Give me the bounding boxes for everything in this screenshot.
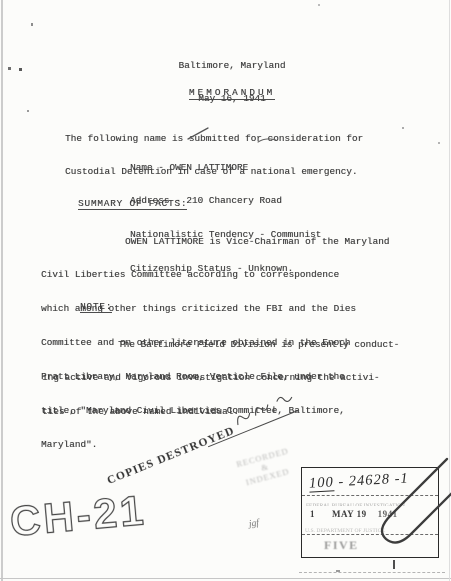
memo-title-block: MEMORANDUM [0, 82, 451, 100]
stamp-number: 1 [310, 509, 315, 519]
scan-speck [438, 142, 440, 144]
note-heading: NOTE: [80, 301, 112, 313]
scan-edge-bottom [0, 578, 451, 579]
received-stamp-box: 100 - 24628 -1 FEDERAL BUREAU OF INVESTI… [301, 467, 439, 558]
scan-smudge [336, 570, 340, 572]
summary-heading: SUMMARY OF FACTS: [78, 198, 187, 210]
file-number-rest: - 24628 -1 [333, 470, 409, 490]
scanned-memo-page: Baltimore, Maryland May 16, 1941 MEMORAN… [0, 0, 451, 581]
handwritten-file-number: 100 - 24628 -1 [309, 470, 410, 492]
clerk-initials: jgf [248, 518, 259, 529]
section-row: FIVE [302, 534, 438, 555]
scan-speck [318, 4, 320, 6]
note-line: The Baltimore Field Division is presentl… [42, 339, 399, 350]
note-heading-block: NOTE: [80, 296, 112, 314]
department-label: U.S. DEPARTMENT OF JUSTICE [305, 527, 385, 533]
summary-line: Civil Liberties Committee according to c… [41, 269, 389, 280]
file-number-prefix: 100 [309, 474, 335, 492]
note-line: ing active and vigorous investigation co… [42, 372, 399, 383]
summary-line: OWEN LATTIMORE is Vice-Chairman of the M… [41, 236, 389, 247]
stamp-year: 1941 [378, 509, 398, 519]
pen-tick-mark [393, 560, 395, 569]
ch-file-marking: CH-21 [8, 486, 148, 546]
scan-dash-line [299, 572, 445, 573]
location-line: Baltimore, Maryland [13, 60, 451, 71]
date-stamp-row: 1 MAY 19 1941 [302, 506, 438, 521]
scan-speck [31, 23, 33, 26]
stamp-date: MAY 19 [332, 509, 367, 519]
section-label: FIVE [324, 538, 359, 553]
summary-heading-block: SUMMARY OF FACTS: [78, 193, 187, 211]
department-row: U.S. DEPARTMENT OF JUSTICE [302, 521, 438, 534]
memo-title: MEMORANDUM [189, 87, 275, 100]
subject-name-row: Name - OWEN LATTIMORE [130, 162, 321, 173]
file-number-row: 100 - 24628 -1 [302, 468, 438, 495]
bureau-row: FEDERAL BUREAU OF INVESTIGATION [302, 495, 438, 506]
